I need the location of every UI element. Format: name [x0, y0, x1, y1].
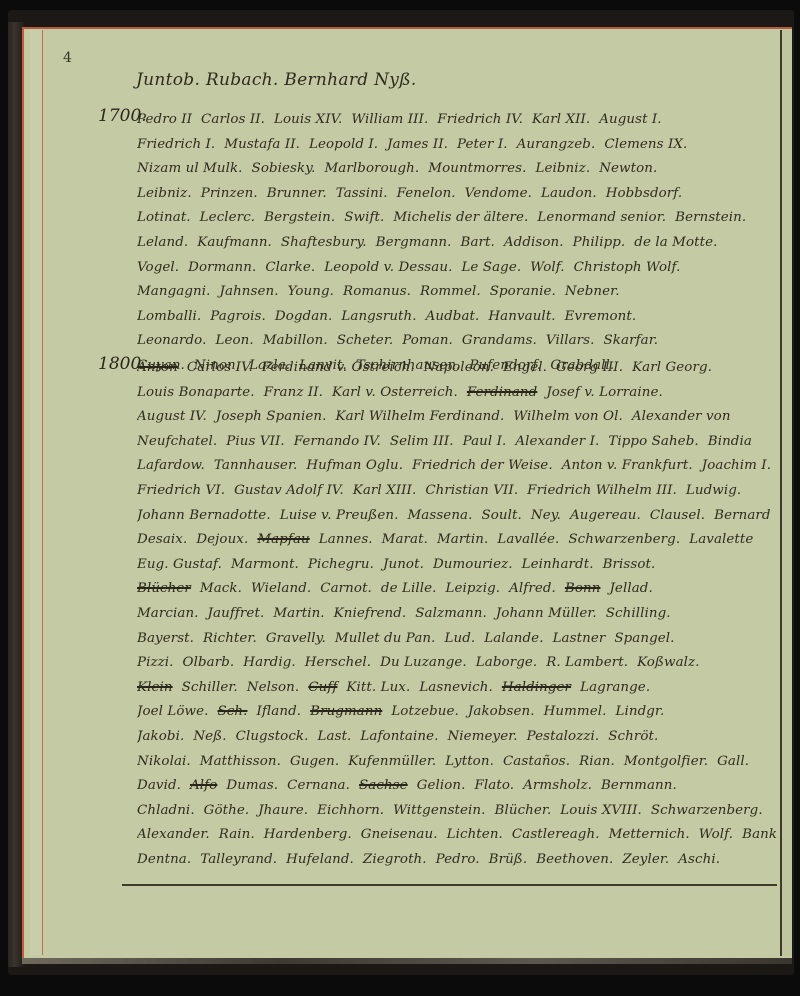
name-entry: Hufman Oglu.	[306, 458, 403, 473]
struck-name: Cuff	[308, 680, 337, 695]
manuscript-line: Johann Bernadotte.Luise v. Preußen.Masse…	[137, 508, 777, 523]
manuscript-line: BlücherMack.Wieland.Carnot.de Lille.Leip…	[137, 581, 777, 596]
name-entry: Brunner.	[267, 186, 327, 201]
name-entry: Bart.	[461, 235, 495, 250]
manuscript-line: Nizam ul Mulk.Sobiesky.Marlborough.Mount…	[137, 161, 777, 176]
name-entry: Leinhardt.	[522, 557, 594, 572]
name-entry: Ferdinand v. Östreich.	[262, 360, 415, 375]
name-entry: Lytton.	[445, 754, 494, 769]
manuscript-line: AntonCarlos IV.Ferdinand v. Östreich.Nap…	[137, 360, 777, 375]
name-entry: Villars.	[546, 333, 595, 348]
name-entry: Marlborough.	[325, 161, 420, 176]
name-entry: Desaix.	[137, 532, 187, 547]
name-entry: Alexander.	[137, 827, 210, 842]
name-entry: Napoleon.	[424, 360, 494, 375]
name-entry: Kaufmann.	[197, 235, 272, 250]
name-entry: Romanus.	[343, 284, 411, 299]
name-entry: Audbat.	[426, 309, 480, 324]
name-entry: Neufchatel.	[137, 434, 217, 449]
name-entry: Alexander von	[632, 409, 731, 424]
name-entry: de Lille.	[381, 581, 437, 596]
name-entry: Michelis der ältere.	[393, 210, 528, 225]
name-entry: Brüß.	[489, 852, 528, 867]
struck-name: Alfo	[190, 778, 217, 793]
name-entry: Georg III.	[556, 360, 623, 375]
name-entry: Leopold v. Dessau.	[324, 260, 452, 275]
manuscript-line: Mangagni.Jahnsen.Young.Romanus.Rommel.Sp…	[137, 284, 777, 299]
name-entry: Louis XIV.	[274, 112, 342, 127]
name-entry: Pestalozzi.	[527, 729, 600, 744]
name-entry: Josef v. Lorraine.	[546, 385, 663, 400]
name-entry: Christoph Wolf.	[574, 260, 681, 275]
name-entry: Schröt.	[608, 729, 658, 744]
name-entry: Jahnsen.	[220, 284, 279, 299]
name-entry: Last.	[318, 729, 352, 744]
name-entry: Karl v. Österreich.	[332, 385, 458, 400]
name-entry: Schwarzenberg.	[568, 532, 680, 547]
manuscript-line: KleinSchiller.Nelson.CuffKitt. Lux.Lasne…	[137, 680, 777, 695]
name-entry: Karl XII.	[532, 112, 590, 127]
name-entry: Fernando IV.	[294, 434, 381, 449]
page-heading: Juntob. Rubach. Bernhard Nyß.	[136, 70, 417, 90]
name-entry: Paul I.	[463, 434, 507, 449]
name-entry: Lasnevich.	[419, 680, 493, 695]
name-entry: Aschi.	[678, 852, 720, 867]
name-entry: Koßwalz.	[637, 655, 700, 670]
manuscript-line: Desaix.Dejoux.MapfauLannes.Marat.Martin.…	[137, 532, 777, 547]
name-entry: Banks.	[742, 827, 777, 842]
name-entry: Nebner.	[565, 284, 620, 299]
name-entry: Marcian.	[137, 606, 199, 621]
name-entry: Fenelon.	[397, 186, 456, 201]
name-entry: Castaños.	[503, 754, 570, 769]
name-entry: Christian VII.	[425, 483, 518, 498]
name-entry: Newton.	[599, 161, 657, 176]
name-entry: Mountmorres.	[428, 161, 526, 176]
name-entry: de la Motte.	[634, 235, 717, 250]
name-entry: Clugstock.	[236, 729, 309, 744]
name-entry: Pizzi.	[137, 655, 174, 670]
name-entry: Dejoux.	[196, 532, 248, 547]
name-entry: Lannes.	[319, 532, 373, 547]
name-entry: Louis Bonaparte.	[137, 385, 255, 400]
name-entry: Pagrois.	[210, 309, 266, 324]
name-entry: Lalande.	[484, 631, 543, 646]
name-entry: Cernana.	[287, 778, 350, 793]
name-entry: Peter I.	[457, 137, 508, 152]
name-entry: Vendome.	[465, 186, 532, 201]
name-entry: Le Sage.	[461, 260, 521, 275]
name-entry: Lichten.	[447, 827, 503, 842]
name-entry: Jhaure.	[258, 803, 308, 818]
name-entry: Leipzig.	[445, 581, 500, 596]
name-entry: Bergstein.	[264, 210, 335, 225]
struck-name: Klein	[137, 680, 173, 695]
name-entry: Hardenberg.	[264, 827, 352, 842]
name-entry: Hufeland.	[286, 852, 354, 867]
name-entry: Hanvault.	[488, 309, 555, 324]
name-entry: Wieland.	[251, 581, 311, 596]
manuscript-line: Louis Bonaparte.Franz II.Karl v. Österre…	[137, 385, 777, 400]
name-entry: Evremont.	[565, 309, 637, 324]
name-entry: Schwarzenberg.	[651, 803, 763, 818]
page-bottom-edge	[22, 958, 792, 964]
name-entry: Selim III.	[390, 434, 454, 449]
name-entry: Brissot.	[603, 557, 656, 572]
name-entry: Friedrich I.	[137, 137, 215, 152]
name-entry: Spangel.	[614, 631, 674, 646]
manuscript-line: Leonardo.Leon.Mabillon.Scheter.Poman.Gra…	[137, 333, 777, 348]
name-entry: Grandams.	[462, 333, 537, 348]
name-entry: James II.	[387, 137, 448, 152]
manuscript-line: Friedrich VI.Gustav Adolf IV.Karl XIII.C…	[137, 483, 777, 498]
name-entry: Montgolfier.	[624, 754, 708, 769]
name-entry: Wolf.	[530, 260, 564, 275]
name-entry: Lotzebue.	[391, 704, 459, 719]
name-entry: Rommel.	[420, 284, 481, 299]
left-margin-strip	[30, 30, 43, 955]
struck-name: Mapfau	[257, 532, 309, 547]
name-entry: Lavallée.	[497, 532, 559, 547]
name-entry: Wilhelm von Ol.	[513, 409, 622, 424]
manuscript-line: Pedro IICarlos II.Louis XIV.William III.…	[137, 112, 777, 127]
name-entry: Rain.	[219, 827, 255, 842]
struck-name: Bonn	[565, 581, 601, 596]
name-entry: Niemeyer.	[447, 729, 517, 744]
name-entry: Ifland.	[256, 704, 301, 719]
struck-name: Anton	[137, 360, 178, 375]
name-entry: Gall.	[717, 754, 749, 769]
name-entry: Gelion.	[417, 778, 466, 793]
name-entry: Carlos II.	[201, 112, 265, 127]
name-entry: Skarfar.	[604, 333, 659, 348]
name-entry: Joel Löwe.	[137, 704, 209, 719]
manuscript-line: Lomballi.Pagrois.Dogdan.Langsruth.Audbat…	[137, 309, 777, 324]
name-entry: Pedro.	[436, 852, 480, 867]
name-entry: Lenormand senior.	[537, 210, 666, 225]
manuscript-line: Joel Löwe.Sch.Ifland.BrugmannLotzebue.Ja…	[137, 704, 777, 719]
name-entry: Sporanie.	[490, 284, 556, 299]
name-entry: Nikolai.	[137, 754, 191, 769]
name-entry: Friedrich der Weise.	[412, 458, 553, 473]
name-entry: Leon.	[215, 333, 253, 348]
manuscript-line: Leibniz.Prinzen.Brunner.Tassini.Fenelon.…	[137, 186, 777, 201]
name-entry: August IV.	[137, 409, 207, 424]
name-entry: Mangagni.	[137, 284, 211, 299]
name-entry: Tannhauser.	[214, 458, 297, 473]
name-entry: Dogdan.	[275, 309, 333, 324]
name-entry: Vogel.	[137, 260, 179, 275]
manuscript-line: Lafardow.Tannhauser.Hufman Oglu.Friedric…	[137, 458, 777, 473]
name-entry: Kufenmüller.	[348, 754, 436, 769]
name-entry: Lud.	[444, 631, 475, 646]
name-entry: Johann Müller.	[496, 606, 597, 621]
name-entry: Lafardow.	[137, 458, 205, 473]
manuscript-line: Neufchatel.Pius VII.Fernando IV.Selim II…	[137, 434, 777, 449]
name-entry: Marmont.	[231, 557, 299, 572]
name-entry: Blücher.	[495, 803, 552, 818]
name-entry: Friedrich IV.	[437, 112, 523, 127]
name-entry: Clausel.	[650, 508, 705, 523]
name-entry: Kniefrend.	[334, 606, 407, 621]
name-entry: Karl Wilhelm Ferdinand.	[336, 409, 505, 424]
name-entry: Laborge.	[476, 655, 537, 670]
name-entry: Tippo Saheb.	[608, 434, 698, 449]
name-entry: Friedrich VI.	[137, 483, 225, 498]
name-entry: William III.	[351, 112, 428, 127]
name-entry: Leibniz.	[137, 186, 192, 201]
struck-name: Ferdinand	[467, 385, 537, 400]
name-entry: Kitt. Lux.	[346, 680, 410, 695]
name-entry: Addison.	[504, 235, 564, 250]
name-entry: Bergmann.	[376, 235, 452, 250]
name-entry: Eichhorn.	[317, 803, 384, 818]
name-entry: Lotinat.	[137, 210, 191, 225]
name-entry: Young.	[288, 284, 334, 299]
name-entry: Swift.	[344, 210, 384, 225]
name-entry: Herschel.	[305, 655, 371, 670]
name-entry: Schilling.	[606, 606, 671, 621]
name-entry: Nelson.	[247, 680, 299, 695]
name-entry: Aurangzeb.	[517, 137, 596, 152]
name-entry: Gugen.	[290, 754, 339, 769]
name-entry: Langsruth.	[341, 309, 416, 324]
name-entry: Mullet du Pan.	[335, 631, 436, 646]
name-entry: Pichegru.	[308, 557, 374, 572]
name-entry: Bindia	[708, 434, 752, 449]
struck-name: Sch.	[218, 704, 248, 719]
name-entry: Bernstein.	[675, 210, 746, 225]
name-entry: Ludwig.	[686, 483, 741, 498]
manuscript-line: Chladni.Göthe.Jhaure.Eichhorn.Wittgenste…	[137, 803, 777, 818]
manuscript-line: Nikolai.Matthisson.Gugen.Kufenmüller.Lyt…	[137, 754, 777, 769]
name-entry: Du Luzange.	[380, 655, 467, 670]
name-entry: Dumas.	[226, 778, 278, 793]
name-entry: Hardig.	[243, 655, 295, 670]
name-entry: Clarke.	[265, 260, 315, 275]
name-entry: Nizam ul Mulk.	[137, 161, 243, 176]
name-entry: R. Lambert.	[546, 655, 628, 670]
right-margin-strip	[782, 30, 792, 956]
name-entry: Karl Georg.	[632, 360, 712, 375]
name-entry: Martin.	[437, 532, 488, 547]
name-entry: Gustav Adolf IV.	[234, 483, 344, 498]
name-entry: Salzmann.	[415, 606, 487, 621]
name-entry: Bernmann.	[601, 778, 677, 793]
name-entry: Anton v. Frankfurt.	[562, 458, 693, 473]
name-entry: Shaftesbury.	[281, 235, 367, 250]
name-entry: Massena.	[407, 508, 472, 523]
name-entry: Laudon.	[541, 186, 597, 201]
name-entry: Joachim I.	[702, 458, 771, 473]
manuscript-line: Marcian.Jauffret.Martin.Kniefrend.Salzma…	[137, 606, 777, 621]
name-entry: Wittgenstein.	[393, 803, 485, 818]
name-entry: Leonardo.	[137, 333, 206, 348]
manuscript-line: Vogel.Dormann.Clarke.Leopold v. Dessau.L…	[137, 260, 777, 275]
name-entry: Dumouriez.	[433, 557, 513, 572]
name-entry: Alexander I.	[515, 434, 599, 449]
name-entry: Wolf.	[699, 827, 733, 842]
name-entry: Metternich.	[609, 827, 690, 842]
name-entry: Chladni.	[137, 803, 195, 818]
name-entry: Neß.	[193, 729, 226, 744]
name-entry: Jauffret.	[208, 606, 265, 621]
name-entry: David.	[137, 778, 181, 793]
name-entry: Marat.	[382, 532, 428, 547]
name-entry: Clemens IX.	[604, 137, 687, 152]
name-entry: Pedro II	[137, 112, 192, 127]
manuscript-line: August IV.Joseph Spanien.Karl Wilhelm Fe…	[137, 409, 777, 424]
struck-name: Blücher	[137, 581, 191, 596]
name-entry: Pius VII.	[226, 434, 284, 449]
name-entry: Luise v. Preußen.	[280, 508, 399, 523]
name-entry: Prinzen.	[201, 186, 258, 201]
name-entry: Lavalette	[689, 532, 753, 547]
name-entry: Friedrich Wilhelm III.	[527, 483, 677, 498]
name-entry: Leopold I.	[309, 137, 378, 152]
name-entry: Engel.	[503, 360, 547, 375]
name-entry: Talleyrand.	[200, 852, 277, 867]
name-entry: Göthe.	[204, 803, 250, 818]
name-entry: Rian.	[579, 754, 615, 769]
name-entry: Mack.	[200, 581, 242, 596]
name-entry: Castlereagh.	[512, 827, 600, 842]
name-entry: Lindgr.	[615, 704, 664, 719]
name-entry: Ziegroth.	[363, 852, 427, 867]
name-entry: Gravelly.	[266, 631, 326, 646]
manuscript-line: Leland.Kaufmann.Shaftesbury.Bergmann.Bar…	[137, 235, 777, 250]
manuscript-line: Alexander.Rain.Hardenberg.Gneisenau.Lich…	[137, 827, 777, 842]
name-entry: Louis XVIII.	[560, 803, 642, 818]
name-entry: Joseph Spanien.	[216, 409, 327, 424]
name-entry: Lastner	[553, 631, 606, 646]
name-entry: Franz II.	[264, 385, 323, 400]
name-entry: Martin.	[273, 606, 324, 621]
name-entry: Augereau.	[570, 508, 641, 523]
manuscript-line: Friedrich I.Mustafa II.Leopold I.James I…	[137, 137, 777, 152]
name-entry: Tassini.	[336, 186, 388, 201]
struck-name: Brugmann	[310, 704, 382, 719]
manuscript-line: Jakobi.Neß.Clugstock.Last.Lafontaine.Nie…	[137, 729, 777, 744]
name-entry: Matthisson.	[200, 754, 281, 769]
name-entry: Dentna.	[137, 852, 191, 867]
name-entry: Leclerc.	[200, 210, 255, 225]
manuscript-line: Eug. Gustaf.Marmont.Pichegru.Junot.Dumou…	[137, 557, 777, 572]
struck-name: Sachse	[359, 778, 408, 793]
name-entry: Jakobi.	[137, 729, 184, 744]
name-entry: Carnot.	[320, 581, 372, 596]
name-entry: August I.	[599, 112, 661, 127]
name-entry: Bayerst.	[137, 631, 194, 646]
name-entry: Soult.	[481, 508, 521, 523]
manuscript-line: Bayerst.Richter.Gravelly.Mullet du Pan.L…	[137, 631, 777, 646]
name-entry: Mustafa II.	[224, 137, 300, 152]
name-entry: Junot.	[383, 557, 424, 572]
name-entry: Alfred.	[509, 581, 556, 596]
name-entry: Beethoven.	[536, 852, 613, 867]
page-red-edge	[22, 28, 24, 958]
name-entry: Eug. Gustaf.	[137, 557, 222, 572]
manuscript-line: David.AlfoDumas.Cernana.SachseGelion.Fla…	[137, 778, 777, 793]
name-entry: Jakobsen.	[468, 704, 535, 719]
name-entry: Flato.	[475, 778, 515, 793]
name-entry: Hobbsdorf.	[606, 186, 683, 201]
name-entry: Johann Bernadotte.	[137, 508, 271, 523]
name-entry: Poman.	[402, 333, 453, 348]
name-entry: Richter.	[203, 631, 257, 646]
name-entry: Zeyler.	[622, 852, 669, 867]
page-number: 4	[63, 50, 72, 66]
name-entry: Mabillon.	[263, 333, 328, 348]
name-entry: Carlos IV.	[187, 360, 253, 375]
name-entry: Gneisenau.	[361, 827, 438, 842]
name-entry: Armsholz.	[523, 778, 592, 793]
name-entry: Lagrange.	[580, 680, 650, 695]
manuscript-line: Dentna.Talleyrand.Hufeland.Ziegroth.Pedr…	[137, 852, 777, 867]
name-entry: Sobiesky.	[252, 161, 316, 176]
manuscript-line: Lotinat.Leclerc.Bergstein.Swift.Michelis…	[137, 210, 777, 225]
name-entry: Lafontaine.	[360, 729, 438, 744]
name-entry: Philipp.	[573, 235, 626, 250]
name-entry: Lomballi.	[137, 309, 201, 324]
name-entry: Dormann.	[188, 260, 256, 275]
struck-name: Haldinger	[502, 680, 571, 695]
name-entry: Ney.	[531, 508, 561, 523]
name-entry: Leibniz.	[535, 161, 590, 176]
name-entry: Olbarb.	[183, 655, 235, 670]
name-entry: Jellad.	[609, 581, 652, 596]
name-entry: Schiller.	[182, 680, 238, 695]
closing-rule	[122, 884, 777, 886]
name-entry: Leland.	[137, 235, 188, 250]
manuscript-line: Pizzi.Olbarb.Hardig.Herschel.Du Luzange.…	[137, 655, 777, 670]
name-entry: Scheter.	[337, 333, 394, 348]
name-entry: Karl XIII.	[353, 483, 417, 498]
name-entry: Hummel.	[544, 704, 607, 719]
name-entry: Bernard	[714, 508, 770, 523]
